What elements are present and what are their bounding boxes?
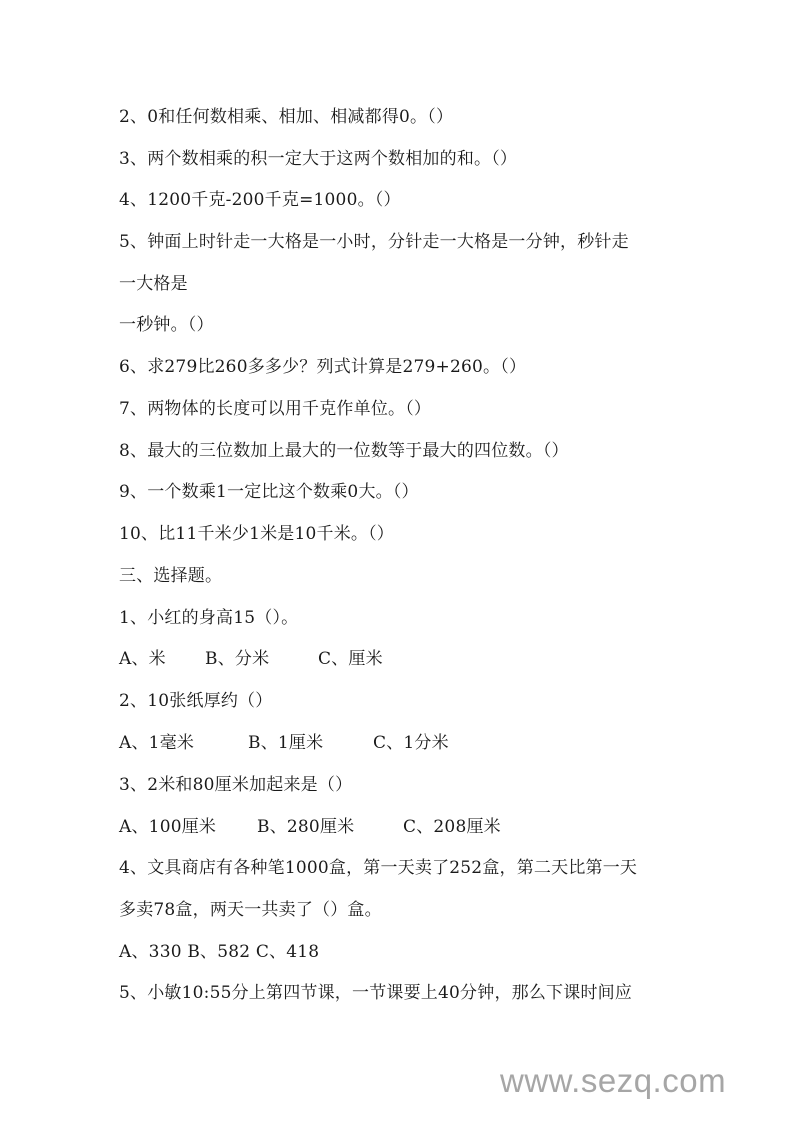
choice-question-1: 1、小红的身高15（）。	[119, 607, 298, 629]
choice-question-3: 3、2米和80厘米加起来是（）	[119, 774, 352, 796]
option-b: B、1厘米	[248, 732, 323, 754]
choice-options-3: A、100厘米 B、280厘米 C、208厘米	[119, 816, 679, 838]
choice-question-5-line-1: 5、小敏10:55分上第四节课，一节课要上40分钟，那么下课时间应	[119, 982, 632, 1004]
tf-item-2: 2、0和任何数相乘、相加、相减都得0。（）	[119, 106, 453, 128]
tf-item-5-line-3: 一秒钟。（）	[119, 314, 214, 336]
tf-item-4: 4、1200千克-200千克=1000。（）	[119, 189, 401, 211]
option-a: A、1毫米	[119, 732, 194, 754]
choice-options-1: A、米 B、分米 C、厘米	[119, 648, 679, 670]
choice-question-4-line-1: 4、文具商店有各种笔1000盒，第一天卖了252盒，第二天比第一天	[119, 857, 637, 879]
document-page: 2、0和任何数相乘、相加、相减都得0。（） 3、两个数相乘的积一定大于这两个数相…	[0, 0, 800, 1131]
tf-item-6: 6、求279比260多多少？列式计算是279+260。（）	[119, 356, 526, 378]
option-a: A、100厘米	[119, 816, 216, 838]
watermark: www.sezq.com	[500, 1062, 726, 1100]
option-c: C、厘米	[318, 648, 383, 670]
tf-item-5-line-2: 一大格是	[119, 273, 188, 295]
option-c: C、208厘米	[403, 816, 501, 838]
option-a: A、米	[119, 648, 166, 670]
tf-item-9: 9、一个数乘1一定比这个数乘0大。（）	[119, 481, 419, 503]
section-three-heading: 三、选择题。	[119, 565, 222, 587]
tf-item-5-line-1: 5、钟面上时针走一大格是一小时，分针走一大格是一分钟，秒针走	[119, 231, 629, 253]
choice-options-2: A、1毫米 B、1厘米 C、1分米	[119, 732, 679, 754]
tf-item-3: 3、两个数相乘的积一定大于这两个数相加的和。（）	[119, 148, 517, 170]
tf-item-7: 7、两物体的长度可以用千克作单位。（）	[119, 398, 431, 420]
option-b: B、280厘米	[257, 816, 354, 838]
option-c: C、1分米	[373, 732, 449, 754]
tf-item-8: 8、最大的三位数加上最大的一位数等于最大的四位数。（）	[119, 440, 569, 462]
tf-item-10: 10、比11千米少1米是10千米。（）	[119, 523, 394, 545]
choice-question-2: 2、10张纸厚约（）	[119, 690, 272, 712]
choice-question-4-line-2: 多卖78盒，两天一共卖了（）盒。	[119, 899, 382, 921]
option-b: B、分米	[205, 648, 269, 670]
choice-options-4: A、330 B、582 C、418	[119, 941, 319, 963]
